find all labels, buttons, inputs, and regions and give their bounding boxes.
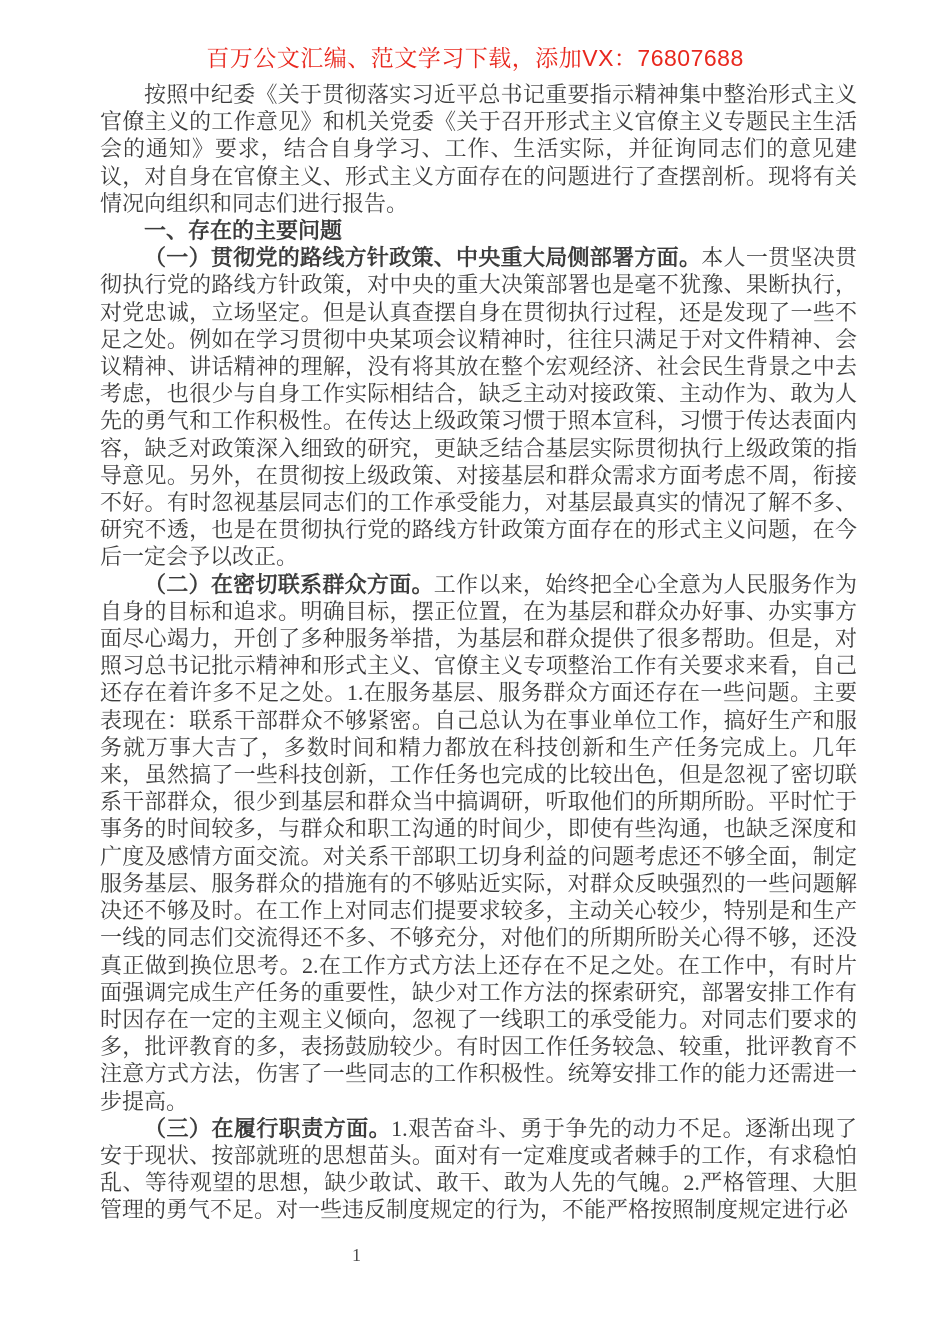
document-page: 百万公文汇编、范文学习下载，添加VX：76807688 按照中纪委《关于贯彻落实… bbox=[0, 0, 950, 1344]
section-1-lead: （一）贯彻党的路线方针政策、中央重大局侧部署方面。 bbox=[144, 245, 701, 270]
document-body: 按照中纪委《关于贯彻落实习近平总书记重要指示精神集中整治形式主义官僚主义的工作意… bbox=[100, 81, 857, 1224]
section-2-body: 工作以来，始终把全心全意为人民服务作为自身的目标和追求。明确目标，摆正位置，在为… bbox=[100, 572, 857, 1114]
section-1-body: 本人一贯坚决贯彻执行党的路线方针政策，对中央的重大决策部署也是毫不犹豫、果断执行… bbox=[100, 245, 857, 569]
page-number: 1 bbox=[352, 1244, 361, 1266]
intro-paragraph: 按照中纪委《关于贯彻落实习近平总书记重要指示精神集中整治形式主义官僚主义的工作意… bbox=[100, 81, 857, 217]
section-2-paragraph: （二）在密切联系群众方面。工作以来，始终把全心全意为人民服务作为自身的目标和追求… bbox=[100, 571, 857, 1115]
section-3-lead: （三）在履行职责方面。 bbox=[144, 1116, 391, 1141]
section-2-lead: （二）在密切联系群众方面。 bbox=[144, 572, 434, 597]
section-1-paragraph: （一）贯彻党的路线方针政策、中央重大局侧部署方面。本人一贯坚决贯彻执行党的路线方… bbox=[100, 244, 857, 570]
section-3-paragraph: （三）在履行职责方面。1.艰苦奋斗、勇于争先的动力不足。逐渐出现了安于现状、按部… bbox=[100, 1115, 857, 1224]
promo-banner-text: 百万公文汇编、范文学习下载，添加VX：76807688 bbox=[0, 40, 950, 73]
section-heading: 一、存在的主要问题 bbox=[100, 217, 857, 244]
